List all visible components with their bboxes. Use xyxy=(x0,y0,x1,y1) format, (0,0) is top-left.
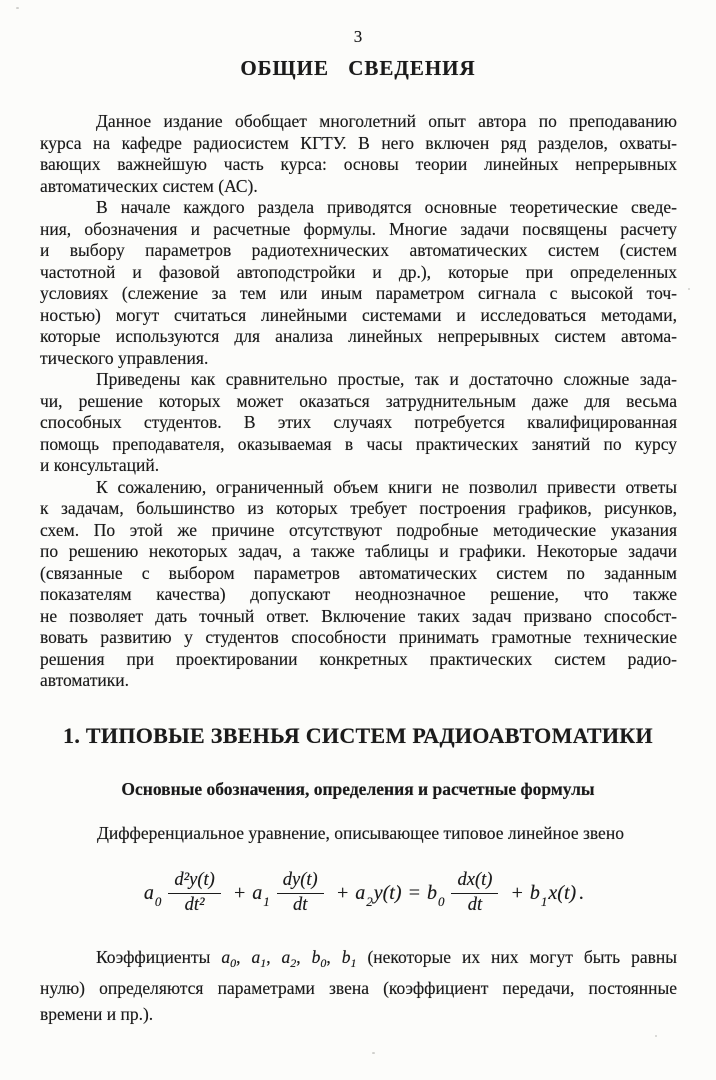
closing-lead: Коэффициенты xyxy=(96,947,210,967)
scan-speckle xyxy=(655,1035,657,1037)
text-line: показателям качества) допускают неоднозн… xyxy=(40,584,677,606)
text-line: тического управления. xyxy=(40,348,677,370)
page-number: 3 xyxy=(0,27,716,47)
coefficient: a xyxy=(252,882,262,905)
text-line: ния, обозначения и расчетные формулы. Мн… xyxy=(40,219,677,241)
coefficient: a0 xyxy=(221,947,236,967)
text-line: частотной и фазовой автоподстройки и др.… xyxy=(40,262,677,284)
text-line: условиях (слежение за тем или иным парам… xyxy=(40,283,677,305)
term: x(t) xyxy=(548,882,576,905)
text-line: К сожалению, ограниченный объем книги не… xyxy=(40,477,677,499)
subscript: 1 xyxy=(263,894,270,910)
numerator: d²y(t) xyxy=(168,870,220,893)
numerator: dx(t) xyxy=(451,870,498,893)
equals-operator: = xyxy=(407,882,421,905)
text-line: автоматики. xyxy=(40,670,677,692)
equation-period: . xyxy=(579,882,584,905)
subscript: 0 xyxy=(438,894,445,910)
separator: , xyxy=(236,947,240,967)
text-line: которые используются для анализа линейны… xyxy=(40,326,677,348)
coefficient: b0 xyxy=(312,947,327,967)
text-line: ностью) могут считаться линейными систем… xyxy=(40,305,677,327)
differential-equation: a0 d²y(t)dt² + a1 dy(t)dt + a2y(t) = b0 … xyxy=(6,857,716,929)
text-line: к задачам, большинство из которых требуе… xyxy=(40,498,677,520)
paragraph: Приведены как сравнительно простые, так … xyxy=(40,369,677,477)
text-line: (связанные с выбором параметров автомати… xyxy=(40,563,677,585)
text-line: и консультаций. xyxy=(40,455,677,477)
numerator: dy(t) xyxy=(277,870,324,893)
separator: , xyxy=(296,947,300,967)
coefficient: a1 xyxy=(251,947,266,967)
coefficient: a xyxy=(355,882,365,905)
term: y(t) xyxy=(374,882,402,905)
text-line: Данное издание обобщает многолетний опыт… xyxy=(40,111,677,133)
scan-speckle xyxy=(16,7,19,9)
text-line: вающих важнейшую часть курса: основы тео… xyxy=(40,154,677,176)
coefficient: b xyxy=(427,882,437,905)
text-line: нулю) определяются параметрами звена (ко… xyxy=(40,976,677,1001)
text-line: схем. По этой же причине отсутствуют под… xyxy=(40,520,677,542)
separator: , xyxy=(326,947,330,967)
paragraph: Данное издание обобщает многолетний опыт… xyxy=(40,111,677,197)
fraction: dy(t)dt xyxy=(277,870,324,916)
text-line: помощь преподавателя, оказываемая в часы… xyxy=(40,434,677,456)
paragraph: В начале каждого раздела приводятся осно… xyxy=(40,197,677,369)
plus-operator: + xyxy=(336,882,350,905)
plus-operator: + xyxy=(510,882,524,905)
section-heading: 1. ТИПОВЫЕ ЗВЕНЬЯ СИСТЕМ РАДИОАВТОМАТИКИ xyxy=(0,723,716,749)
text-line: курса на кафедре радиосистем КГТУ. В нег… xyxy=(40,133,677,155)
separator: , xyxy=(266,947,270,967)
closing-rest: (некоторые их них могут быть равны xyxy=(367,947,677,967)
text-line: Коэффициенты a0, a1, a2, b0, b1 (некотор… xyxy=(40,945,677,976)
text-line: автоматических систем (АС). xyxy=(40,176,677,198)
text-line: вовать развитию у студентов способности … xyxy=(40,627,677,649)
scan-speckle xyxy=(688,288,690,290)
intro-text: Данное издание обобщает многолетний опыт… xyxy=(40,111,677,692)
text-line: Приведены как сравнительно простые, так … xyxy=(40,369,677,391)
coefficient: a2 xyxy=(282,947,297,967)
text-line: чи, решение которых может оказаться затр… xyxy=(40,391,677,413)
scanned-book-page: 3 ОБЩИЕ СВЕДЕНИЯ Данное издание обобщает… xyxy=(0,0,716,1080)
text-line: и выбору параметров радиотехнических авт… xyxy=(40,240,677,262)
subscript: 2 xyxy=(366,894,373,910)
fraction: d²y(t)dt² xyxy=(168,870,220,916)
closing-paragraph: Коэффициенты a0, a1, a2, b0, b1 (некотор… xyxy=(40,945,677,1027)
text-line: способных студентов. В этих случаях потр… xyxy=(40,412,677,434)
denominator: dt xyxy=(468,894,482,916)
coefficient: b xyxy=(530,882,540,905)
coefficient: b1 xyxy=(342,947,357,967)
coefficient: a xyxy=(144,882,154,905)
denominator: dt² xyxy=(185,894,205,916)
text-line: по решению некоторых задач, а также табл… xyxy=(40,541,677,563)
plus-operator: + xyxy=(233,882,247,905)
text-line: решения при проектировании конкретных пр… xyxy=(40,649,677,671)
equation-lead-text: Дифференциальное уравнение, описывающее … xyxy=(40,823,677,844)
page-title: ОБЩИЕ СВЕДЕНИЯ xyxy=(0,56,716,81)
scan-speckle xyxy=(372,1052,375,1054)
text-line: не позволяет дать точный ответ. Включени… xyxy=(40,606,677,628)
section-subheading: Основные обозначения, определения и расч… xyxy=(0,779,716,800)
subscript: 1 xyxy=(541,894,548,910)
paragraph: К сожалению, ограниченный объем книги не… xyxy=(40,477,677,692)
subscript: 0 xyxy=(155,894,162,910)
denominator: dt xyxy=(293,894,307,916)
fraction: dx(t)dt xyxy=(451,870,498,916)
text-line: В начале каждого раздела приводятся осно… xyxy=(40,197,677,219)
text-line: времени и пр.). xyxy=(40,1002,677,1027)
